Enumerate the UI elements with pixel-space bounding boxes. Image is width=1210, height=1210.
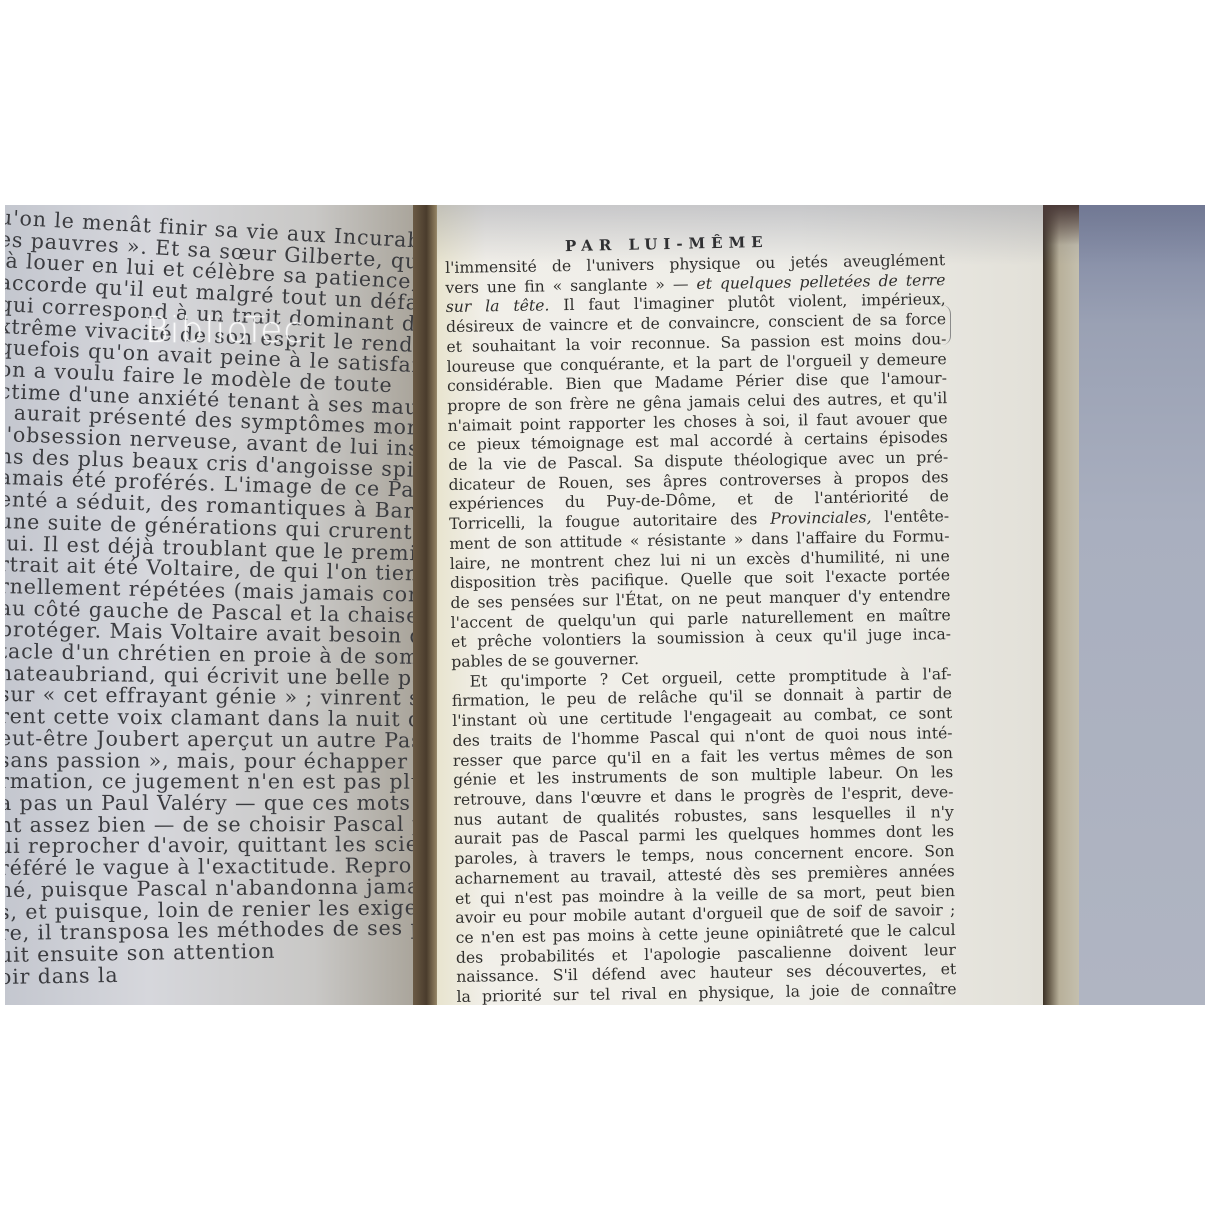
italic-text: sur la tête.: [446, 297, 550, 317]
background-surface: [1079, 205, 1205, 1005]
running-head: PAR LUI-MÊME: [565, 233, 769, 255]
right-page-text: l'immensité de l'univers physique ou jet…: [445, 251, 977, 1005]
line-text: vers une fin « sanglante » —: [445, 275, 696, 297]
left-text-line: oir dans la: [5, 959, 417, 988]
line-text: pables de se gouverner.: [451, 650, 639, 671]
watermark: BiblioTec: [145, 310, 304, 351]
italic-text: et quelques pelletées de terre: [696, 271, 945, 293]
line-text: l'entête-: [871, 507, 949, 526]
italic-text: Provinciales,: [770, 508, 872, 528]
left-page: u'on le menât finir sa vie aux Incurable…: [5, 205, 417, 1005]
book-photo: u'on le menât finir sa vie aux Incurable…: [5, 205, 1205, 1005]
margin-bracket-mark: [942, 305, 951, 345]
right-page: PAR LUI-MÊME l'immensité de l'univers ph…: [437, 205, 1043, 1005]
page-stack-edge: [1043, 205, 1079, 1005]
